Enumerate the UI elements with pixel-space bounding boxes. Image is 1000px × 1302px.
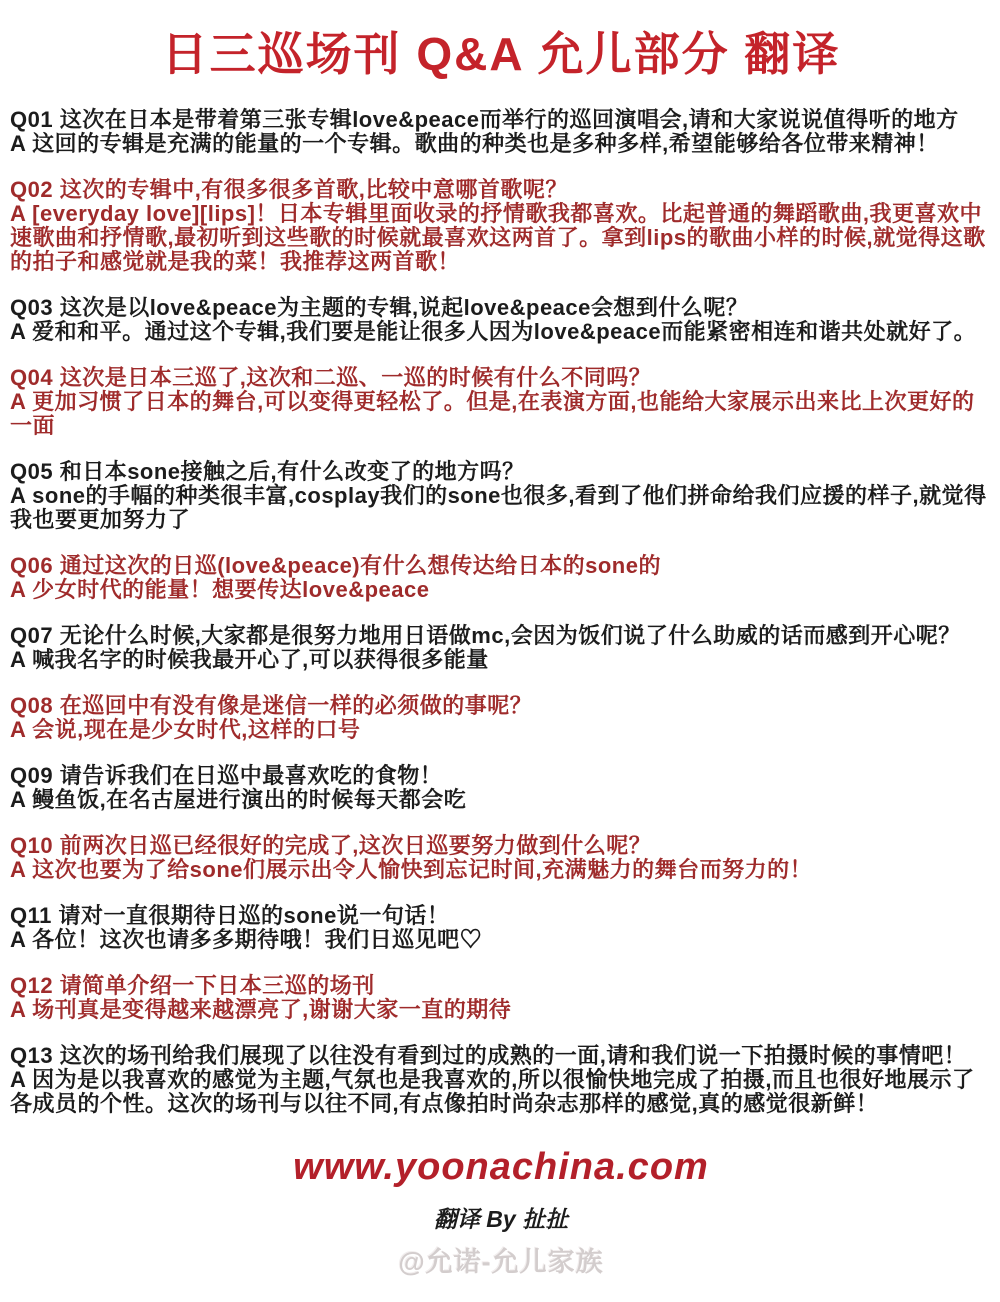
qa-answer: A 场刊真是变得越来越漂亮了,谢谢大家一直的期待 — [10, 998, 992, 1022]
translator-credit: 翻译 By 扯扯 — [10, 1201, 992, 1234]
site-url: www.yoonachina.com — [10, 1146, 992, 1189]
qa-question: Q03 这次是以love&peace为主题的专辑,说起love&peace会想到… — [10, 296, 992, 320]
qa-item: Q07 无论什么时候,大家都是很努力地用日语做mc,会因为饭们说了什么助威的话而… — [10, 624, 992, 672]
qa-question: Q12 请简单介绍一下日本三巡的场刊 — [10, 974, 992, 998]
qa-question: Q01 这次在日本是带着第三张专辑love&peace而举行的巡回演唱会,请和大… — [10, 108, 992, 132]
qa-answer: A 喊我名字的时候我最开心了,可以获得很多能量 — [10, 648, 992, 672]
qa-item: Q06 通过这次的日巡(love&peace)有什么想传达给日本的sone的A … — [10, 554, 992, 602]
qa-answer: A 鳗鱼饭,在名古屋进行演出的时候每天都会吃 — [10, 788, 992, 812]
qa-answer: A sone的手幅的种类很丰富,cosplay我们的sone也很多,看到了他们拼… — [10, 484, 992, 532]
qa-answer: A 少女时代的能量！想要传达love&peace — [10, 578, 992, 602]
qa-answer: A 这次也要为了给sone们展示出令人愉快到忘记时间,充满魅力的舞台而努力的！ — [10, 858, 992, 882]
qa-question: Q08 在巡回中有没有像是迷信一样的必须做的事呢？ — [10, 694, 992, 718]
qa-item: Q11 请对一直很期待日巡的sone说一句话！A 各位！这次也请多多期待哦！我们… — [10, 904, 992, 952]
qa-item: Q05 和日本sone接触之后,有什么改变了的地方吗？A sone的手幅的种类很… — [10, 460, 992, 532]
qa-item: Q09 请告诉我们在日巡中最喜欢吃的食物！A 鳗鱼饭,在名古屋进行演出的时候每天… — [10, 764, 992, 812]
qa-item: Q08 在巡回中有没有像是迷信一样的必须做的事呢？A 会说,现在是少女时代,这样… — [10, 694, 992, 742]
qa-answer: A 爱和和平。通过这个专辑,我们要是能让很多人因为love&peace而能紧密相… — [10, 320, 992, 344]
qa-item: Q04 这次是日本三巡了,这次和二巡、一巡的时候有什么不同吗？A 更加习惯了日本… — [10, 366, 992, 438]
qa-question: Q05 和日本sone接触之后,有什么改变了的地方吗？ — [10, 460, 992, 484]
qa-question: Q04 这次是日本三巡了,这次和二巡、一巡的时候有什么不同吗？ — [10, 366, 992, 390]
document-page: 日三巡场刊 Q&A 允儿部分 翻译 Q01 这次在日本是带着第三张专辑love&… — [0, 0, 1000, 1279]
qa-question: Q02 这次的专辑中,有很多很多首歌,比较中意哪首歌呢？ — [10, 178, 992, 202]
qa-answer: A 更加习惯了日本的舞台,可以变得更轻松了。但是,在表演方面,也能给大家展示出来… — [10, 390, 992, 438]
qa-answer: A [everyday love][lips]！日本专辑里面收录的抒情歌我都喜欢… — [10, 202, 992, 274]
page-title: 日三巡场刊 Q&A 允儿部分 翻译 — [10, 18, 992, 84]
qa-question: Q06 通过这次的日巡(love&peace)有什么想传达给日本的sone的 — [10, 554, 992, 578]
qa-item: Q12 请简单介绍一下日本三巡的场刊A 场刊真是变得越来越漂亮了,谢谢大家一直的… — [10, 974, 992, 1022]
qa-question: Q13 这次的场刊给我们展现了以往没有看到过的成熟的一面,请和我们说一下拍摄时候… — [10, 1044, 992, 1068]
qa-item: Q13 这次的场刊给我们展现了以往没有看到过的成熟的一面,请和我们说一下拍摄时候… — [10, 1044, 992, 1116]
qa-answer: A 这回的专辑是充满的能量的一个专辑。歌曲的种类也是多种多样,希望能够给各位带来… — [10, 132, 992, 156]
qa-answer: A 因为是以我喜欢的感觉为主题,气氛也是我喜欢的,所以很愉快地完成了拍摄,而且也… — [10, 1068, 992, 1116]
qa-answer: A 各位！这次也请多多期待哦！我们日巡见吧♡ — [10, 928, 992, 952]
watermark: @允诺-允儿家族 — [10, 1240, 992, 1279]
qa-item: Q03 这次是以love&peace为主题的专辑,说起love&peace会想到… — [10, 296, 992, 344]
qa-list: Q01 这次在日本是带着第三张专辑love&peace而举行的巡回演唱会,请和大… — [10, 108, 992, 1116]
qa-question: Q10 前两次日巡已经很好的完成了,这次日巡要努力做到什么呢？ — [10, 834, 992, 858]
qa-answer: A 会说,现在是少女时代,这样的口号 — [10, 718, 992, 742]
qa-item: Q01 这次在日本是带着第三张专辑love&peace而举行的巡回演唱会,请和大… — [10, 108, 992, 156]
qa-item: Q10 前两次日巡已经很好的完成了,这次日巡要努力做到什么呢？A 这次也要为了给… — [10, 834, 992, 882]
footer: www.yoonachina.com 翻译 By 扯扯 @允诺-允儿家族 — [10, 1146, 992, 1279]
qa-question: Q11 请对一直很期待日巡的sone说一句话！ — [10, 904, 992, 928]
qa-question: Q07 无论什么时候,大家都是很努力地用日语做mc,会因为饭们说了什么助威的话而… — [10, 624, 992, 648]
qa-item: Q02 这次的专辑中,有很多很多首歌,比较中意哪首歌呢？A [everyday … — [10, 178, 992, 274]
qa-question: Q09 请告诉我们在日巡中最喜欢吃的食物！ — [10, 764, 992, 788]
